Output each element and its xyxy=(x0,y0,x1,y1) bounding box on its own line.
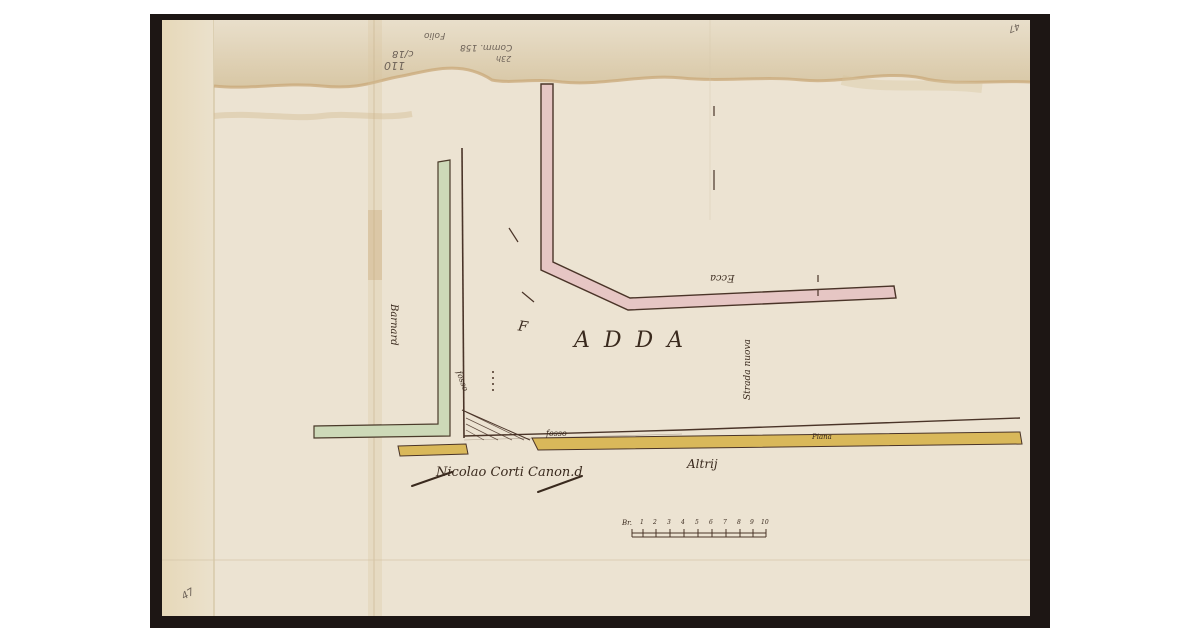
scale-tick-5: 5 xyxy=(695,520,699,526)
map-drawing xyxy=(162,20,1030,616)
pink-plot-label: Ecca xyxy=(710,272,734,282)
scale-tick-7: 7 xyxy=(723,520,727,526)
scale-bar xyxy=(632,529,766,537)
pencil-note-folio: Folio xyxy=(424,30,445,39)
river-prefix-label: F xyxy=(517,319,529,334)
yellow-strip-label: Piana xyxy=(812,434,832,441)
left-flap xyxy=(162,20,214,616)
pencil-note-23h: 23h xyxy=(496,54,511,62)
manuscript-sheet: Folio Comm. 158 23h c/18 110 47 47 F ADD… xyxy=(162,20,1030,616)
scale-tick-8: 8 xyxy=(737,520,741,526)
pencil-note-110: 110 xyxy=(384,60,405,71)
ditch-horizontal-label: fosso xyxy=(546,430,567,438)
pencil-note-c18: c/18 xyxy=(392,48,414,58)
scale-tick-4: 4 xyxy=(681,520,685,526)
scale-tick-1: 1 xyxy=(640,520,644,526)
signature: Nicolao Corti Canon.d xyxy=(436,466,583,479)
scale-tick-10: 10 xyxy=(761,520,769,526)
scale-unit-label: Br. xyxy=(622,520,632,527)
yellow-strip-left xyxy=(398,444,468,456)
green-plot-label: Barnard xyxy=(388,304,398,346)
yellow-strip-right xyxy=(532,432,1022,450)
pencil-note-comm: Comm. 158 xyxy=(460,42,512,51)
scale-tick-2: 2 xyxy=(653,520,657,526)
scale-tick-9: 9 xyxy=(750,520,754,526)
road-vertical-label: Strada nuova xyxy=(744,339,753,400)
river-name-label: ADDA xyxy=(574,330,697,352)
scale-tick-6: 6 xyxy=(709,520,713,526)
below-yellow-label: Altrij xyxy=(687,458,718,470)
scale-tick-3: 3 xyxy=(667,520,671,526)
